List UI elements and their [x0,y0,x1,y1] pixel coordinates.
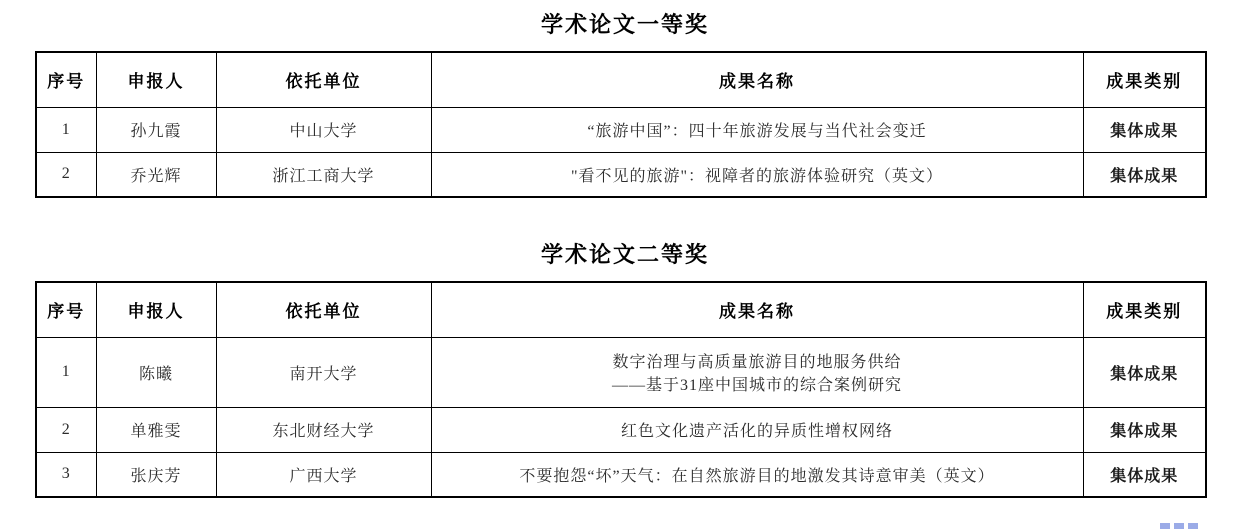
table-row: 1 陈曦 南开大学 数字治理与高质量旅游目的地服务供给 ——基于31座中国城市的… [36,337,1206,407]
cell-category: 集体成果 [1083,452,1206,497]
second-prize-title: 学术论文二等奖 [0,238,1250,269]
table-header-row: 序号 申报人 依托单位 成果名称 成果类别 [36,282,1206,337]
cell-unit: 浙江工商大学 [216,152,431,197]
col-header-applicant: 申报人 [96,52,216,107]
col-header-achievement-name: 成果名称 [431,282,1083,337]
col-header-unit: 依托单位 [216,52,431,107]
cell-achievement-name: 不要抱怨“坏”天气：在自然旅游目的地激发其诗意审美（英文） [431,452,1083,497]
table-row: 2 乔光辉 浙江工商大学 "看不见的旅游"：视障者的旅游体验研究（英文） 集体成… [36,152,1206,197]
table-row: 1 孙九霞 中山大学 “旅游中国”：四十年旅游发展与当代社会变迁 集体成果 [36,107,1206,152]
second-prize-table: 序号 申报人 依托单位 成果名称 成果类别 1 陈曦 南开大学 数字治理与高质量… [35,281,1207,498]
cell-no: 3 [36,452,96,497]
col-header-achievement-name: 成果名称 [431,52,1083,107]
col-header-category: 成果类别 [1083,52,1206,107]
cell-achievement-name: 红色文化遗产活化的异质性增权网络 [431,407,1083,452]
cell-applicant: 孙九霞 [96,107,216,152]
cell-achievement-name: "看不见的旅游"：视障者的旅游体验研究（英文） [431,152,1083,197]
cell-no: 1 [36,337,96,407]
cell-category: 集体成果 [1083,152,1206,197]
col-header-category: 成果类别 [1083,282,1206,337]
col-header-no: 序号 [36,282,96,337]
cell-unit: 中山大学 [216,107,431,152]
cell-applicant: 张庆芳 [96,452,216,497]
cell-no: 1 [36,107,96,152]
cell-category: 集体成果 [1083,107,1206,152]
cell-category: 集体成果 [1083,407,1206,452]
cell-unit: 东北财经大学 [216,407,431,452]
cell-achievement-name: “旅游中国”：四十年旅游发展与当代社会变迁 [431,107,1083,152]
table-row: 2 单雅雯 东北财经大学 红色文化遗产活化的异质性增权网络 集体成果 [36,407,1206,452]
cell-no: 2 [36,152,96,197]
cell-no: 2 [36,407,96,452]
cell-unit: 南开大学 [216,337,431,407]
col-header-no: 序号 [36,52,96,107]
cell-achievement-name: 数字治理与高质量旅游目的地服务供给 ——基于31座中国城市的综合案例研究 [431,337,1083,407]
cell-applicant: 单雅雯 [96,407,216,452]
cell-applicant: 陈曦 [96,337,216,407]
first-prize-title: 学术论文一等奖 [0,0,1250,39]
col-header-applicant: 申报人 [96,282,216,337]
cell-applicant: 乔光辉 [96,152,216,197]
col-header-unit: 依托单位 [216,282,431,337]
awards-document: 学术论文一等奖 序号 申报人 依托单位 成果名称 成果类别 1 孙九霞 中山大学… [0,0,1250,529]
first-prize-table: 序号 申报人 依托单位 成果名称 成果类别 1 孙九霞 中山大学 “旅游中国”：… [35,51,1207,198]
cell-category: 集体成果 [1083,337,1206,407]
table-row: 3 张庆芳 广西大学 不要抱怨“坏”天气：在自然旅游目的地激发其诗意审美（英文）… [36,452,1206,497]
table-header-row: 序号 申报人 依托单位 成果名称 成果类别 [36,52,1206,107]
clipped-watermark-marks [1160,521,1198,529]
cell-unit: 广西大学 [216,452,431,497]
